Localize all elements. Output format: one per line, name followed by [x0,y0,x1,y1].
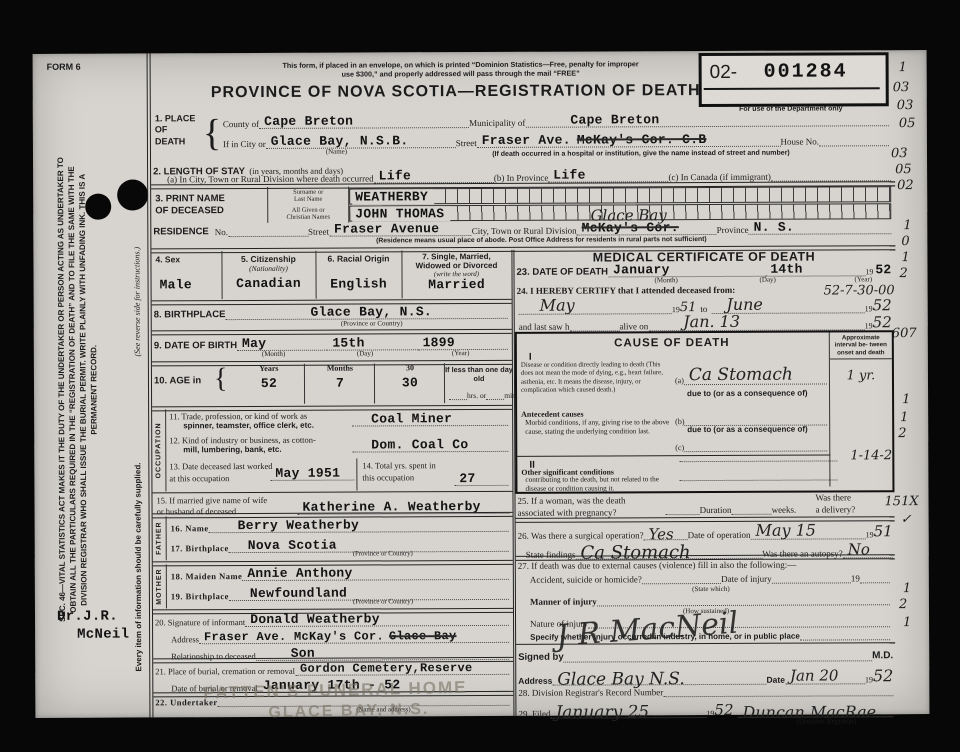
citizenship-value: Canadian [222,277,316,290]
age-months-label: Months [305,363,375,372]
last-saw-label: and last saw h [519,322,570,332]
racial-origin-value: English [316,277,402,290]
surname-cell-label: Surname or Last Name [268,189,348,204]
margin-code: 1 [901,250,909,265]
birth-year-sub: (Year) [452,349,470,357]
house-no-label: House No. [780,137,819,147]
birthplace-value: Glace Bay, N.S. [310,305,432,319]
printed-19: 19 [865,321,873,330]
death-month-sub: (Month) [655,276,678,284]
father-birthplace-sub: (Province or Country) [293,550,473,558]
accident-label: Accident, suicide or homicide? [530,574,642,584]
pregnancy-label: 25. If a woman, was the death associated… [517,495,625,519]
hospital-note: (If death occurred in a hospital or inst… [391,149,891,158]
street-value-struck: McKay's Cor. C.B [577,133,707,147]
informant-address-struck: Glace Bay [389,630,457,642]
birthplace-sub: (Province or Country) [272,319,472,328]
margin-code: 1 [899,60,907,75]
informant-signature-value: Donald Weatherby [250,612,380,626]
street-label: Street [456,138,477,148]
cause-c-label: (c) [675,443,684,452]
birth-year: 1899 [423,336,455,349]
signed-by-label: Signed by [518,652,563,663]
margin-code: 1 [903,615,911,630]
racial-origin-label: 6. Racial Origin [315,253,401,263]
stay-b-value: Life [553,169,585,182]
occupation-group-label: OCCUPATION [155,422,162,478]
department-number-prefix: 02- [710,62,738,84]
occupation-group: OCCUPATION [152,409,166,491]
birth-day: 15th [332,337,364,350]
disease-label: Disease or condition directly leading to… [521,361,673,396]
see-reverse-note: (See reverse side for instructions.) [132,181,142,356]
age-years-value: 52 [234,377,304,390]
due-to-label-1: due to (or as a consequence of) [687,389,808,399]
cause-a-label: (a) [675,376,684,385]
last-saw-date-handwritten: Jan. 13 [683,314,740,330]
margin-code: 1 [903,218,911,233]
margin-code: 2 [898,426,906,441]
age-hrs-label: hrs. or [467,391,486,400]
division-registrar-sub: (Division Registrar) [766,716,886,726]
printed-19: 19 [866,530,874,539]
surname-grid: WEATHERBY [349,186,891,204]
if-in-city-label: If in City or [223,139,266,149]
marital-label: 7. Single, Married, Widowed or Divorced [401,252,511,271]
residence-street-label: Street [308,227,329,237]
residence-note: (Residence means usual place of abode. P… [281,236,801,245]
industry-value: Dom. Coal Co [371,438,468,451]
signed-year-handwritten: 52 [873,668,893,684]
record-number-label: 28. Division Registrar's Record Number [518,687,663,698]
date-of-injury-label: Date of injury [721,574,772,584]
duration-label: Duration [700,505,732,515]
birth-month: May [242,337,266,350]
operation-date-handwritten: May 15 [755,523,815,539]
cause-b-label: (b) [675,417,684,426]
age-months-value: 7 [305,376,375,389]
signed-date-label: Date [766,675,784,685]
rule [152,491,512,494]
total-years-value: 27 [459,472,475,485]
screenshot-root: { "margin": { "form_label": "FORM 6", "v… [0,0,960,752]
brace: { [203,111,221,155]
father-group: FATHER [153,516,167,560]
operation-label: 26. Was there a surgical operation? [518,530,644,541]
printed-19: 19 [851,573,860,583]
attended-from-handwritten: May [540,298,575,314]
operation-year-handwritten: 51 [874,524,893,539]
margin-code: 05 [895,162,912,177]
father-group-label: FATHER [156,522,163,556]
margin-code: 03 [897,98,914,113]
rule [517,454,830,456]
delivery-label: Was there a delivery? [815,492,855,516]
stay-a-value: Life [379,169,411,182]
given-cell-label: All Given or Christian Names [268,207,348,222]
rule [152,329,512,336]
margin-code: 1 [900,410,908,425]
certify-label: 24. I HEREBY CERTIFY that I attended dec… [517,285,736,296]
sex-value: Male [160,278,222,291]
mother-group: MOTHER [153,564,167,608]
md-label: M.D. [872,650,893,661]
total-years-label: 14. Total yrs. spent in this occupation [362,460,435,484]
last-saw-year-handwritten: 52 [873,315,892,330]
informant-address-value: Fraser Ave. McKay's Cor. [204,630,384,643]
interval-a-handwritten: 1 yr. [830,370,892,383]
province-label: Province [717,225,749,235]
province-value: N. S. [754,221,795,234]
cause-of-death-box: Approximate interval be- tween onset and… [515,330,895,494]
state-which-sub: (State which) [666,585,756,593]
printed-19: 19 [672,305,680,314]
marital-value: Married [402,278,512,291]
margin-code: ✓ [901,512,912,527]
other-conditions-line [679,460,837,462]
cell-divider [356,459,357,491]
date-of-death-label: 23. DATE OF DEATH [516,266,608,277]
citizenship-sub: (Nationality) [221,264,315,273]
printed-19: 19 [706,709,714,718]
county-value: Cape Breton [264,115,353,128]
due-to-label-2: due to (or as a consequence of) [687,425,808,435]
other-conditions-line [679,479,837,481]
antecedent-label: Antecedent causes [521,410,583,419]
operation-handwritten: Yes [649,527,674,542]
attended-to-year-handwritten: 52 [873,298,892,313]
mother-maiden-name-value: Annie Anthony [247,567,352,580]
doctor-annotation-line1: Dr.J.R. [57,610,118,624]
informant-address-label: Address [171,634,199,644]
county-label: County of [223,119,259,129]
cause-a-handwritten: Ca Stomach [689,367,793,384]
margin-code: 02 [897,178,914,193]
doctor-annotation-line2: McNeil [77,628,129,642]
city-value: Glace Bay, N.S.B. [271,134,409,148]
birthplace-label: 8. BIRTHPLACE [154,309,226,320]
mother-maiden-name-label: 18. Maiden Name [171,571,243,581]
age-days-label: 30 [375,363,445,372]
death-year-sub: (Year) [855,275,873,283]
mother-birthplace-sub: (Province or Country) [293,598,473,606]
physician-address-label: Address [518,676,552,686]
death-month: January [613,263,670,276]
residence-city-label: City, Town or Rural Division [472,226,577,236]
form-number-label: FORM 6 [47,62,81,72]
age-infant-label: If less than one day old [445,365,513,383]
surname-value: WEATHERBY [352,189,434,204]
funeral-home-stamp-line2: GLACE BAY, N.S. [268,701,429,723]
margin-code: 1 [902,392,910,407]
box-divider [704,87,880,90]
date-of-birth-label: 9. DATE OF BIRTH [154,340,237,351]
residence-street-value: Fraser Avenue [334,222,439,235]
sex-label: 4. Sex [155,254,221,264]
stay-c-label: (c) In Canada (if immigrant) [668,172,771,182]
form-body: This form, if placed in an envelope, on … [147,50,898,717]
printed-19: 19 [865,304,873,313]
print-name-label: 3. PRINT NAME OF DECEASED [155,193,225,218]
father-birthplace-label: 17. Birthplace [171,543,229,553]
margin-code: 05 [899,116,916,131]
burial-place-label: 21. Place of burial, cremation or remova… [155,666,295,677]
father-name-value: Berry Weatherby [238,519,360,533]
death-year: 52 [875,263,891,276]
margin-code: 2 [899,597,907,612]
vital-statistics-act-notice: SEC. 46—VITAL STATISTICS ACT MAKES IT TH… [56,150,101,630]
attended-to-handwritten: June [726,297,763,313]
informant-label: 20. Signature of informant [155,617,245,627]
department-number-box: 02- 001284 [699,52,889,107]
margin-code: 0 [901,234,909,249]
mail-note-line2: use $300,” and properly addressed will p… [231,68,691,79]
trade-value: Coal Miner [371,412,452,425]
age-years-label: Years [234,364,304,373]
filed-year-handwritten: 52 [714,703,733,718]
last-worked-value: May 1951 [275,467,340,480]
cause-of-death-heading: CAUSE OF DEATH [517,336,827,349]
name-sub-label: (Name) [326,148,347,156]
stay-b-label: (b) In Province [494,173,549,183]
alive-on-label: alive on [619,321,648,331]
antecedent-sub-label: Morbid conditions, if any, giving rise t… [525,418,673,437]
municipality-label: Municipality of [469,118,525,128]
interval-header: Approximate interval be- tween onset and… [830,332,892,360]
medical-certificate-column: MEDICAL CERTIFICATE OF DEATH 23. DATE OF… [514,246,895,716]
mother-birthplace-label: 19. Birthplace [171,591,229,601]
death-day-sub: (Day) [760,276,776,284]
other-conditions-sub: contributing to the death, but not relat… [525,475,675,493]
brace: { [214,363,228,395]
physician-address-handwritten: Glace Bay N.S. [557,671,684,689]
place-of-death-label: 1. PLACE OF DEATH [155,113,196,147]
filed-date-handwritten: January 25 [555,704,649,721]
margin-code: 2 [899,266,907,281]
residence-no-label: No. [215,227,228,237]
age-label: 10. AGE in [154,375,201,386]
physician-signature-handwritten: J R MacNeil [555,609,739,652]
signed-date-handwritten: Jan 20 [790,668,839,683]
municipality-value: Cape Breton [570,113,659,126]
manner-of-injury-label: Manner of injury [530,596,597,606]
father-name-label: 16. Name [171,523,209,533]
printed-19: 19 [865,675,873,684]
margin-code: 03 [893,80,910,95]
residence-label: RESIDENCE [153,226,208,237]
residence-city-handwritten: Glace Bay [591,208,667,223]
operation-date-label: Date of operation [688,530,751,540]
death-day: 14th [770,263,802,276]
mother-group-label: MOTHER [156,568,163,604]
given-names-value: JOHN THOMAS [352,206,450,221]
form-title: PROVINCE OF NOVA SCOTIA—REGISTRATION OF … [171,82,741,102]
every-item-note: Every item of information should be care… [133,371,143,671]
age-days-value: 30 [375,376,445,389]
external-causes-label: 27. If death was due to external causes … [518,560,796,571]
registration-number: 001284 [764,62,848,82]
street-value: Fraser Ave. [482,134,571,147]
birth-month-sub: (Month) [262,350,285,358]
margin-code: 1 [903,581,911,596]
last-worked-label: 13. Date deceased last worked at this oc… [169,461,272,485]
death-registration-scan: FORM 6 SEC. 46—VITAL STATISTICS ACT MAKE… [33,50,930,718]
citizenship-label: 5. Citizenship [221,254,315,264]
filed-label: 29. Filed [518,709,550,719]
birth-day-sub: (Day) [357,349,373,357]
burial-place-value: Gordon Cemetery,Reserve [300,662,473,675]
weeks-label: weeks. [772,505,797,515]
